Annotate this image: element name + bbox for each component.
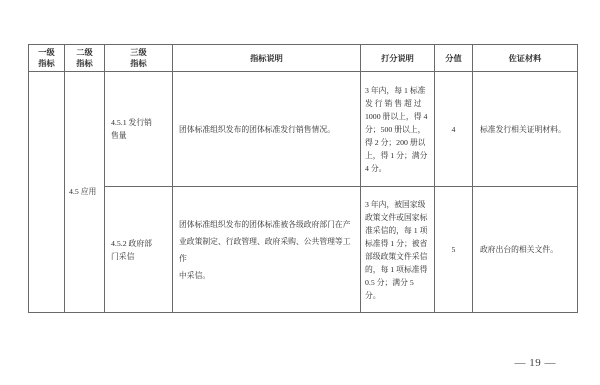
cell-description: 团体标准组织发布的团体标准被各级政府部门在产 业政策制定、行政管理、政府采购、公…: [173, 187, 361, 313]
cell-evidence: 标准发行相关证明材料。: [473, 72, 578, 187]
page-number: — 19 —: [515, 356, 557, 370]
cell-score: 5: [435, 187, 473, 313]
table-row: 4.5.2 政府部 门采信 团体标准组织发布的团体标准被各级政府部门在产 业政策…: [29, 187, 578, 313]
header-level1-indicator: 一级 指标: [29, 45, 65, 72]
cell-evidence: 政府出台的相关文件。: [473, 187, 578, 313]
header-level3-indicator: 三级 指标: [105, 45, 173, 72]
header-score-value: 分值: [435, 45, 473, 72]
cell-scoring: 3 年内，被国家级 政策文件或国家标 准采信的，每 1 项 标准得 1 分；被省…: [361, 187, 435, 313]
cell-score: 4: [435, 72, 473, 187]
cell-description: 团体标准组织发布的团体标准发行销售情况。: [173, 72, 361, 187]
header-scoring-description: 打分说明: [361, 45, 435, 72]
header-evidence-material: 佐证材料: [473, 45, 578, 72]
cell-level3: 4.5.1 发行销 售量: [105, 72, 173, 187]
cell-level1-merged: [29, 72, 65, 313]
document-page: 一级 指标 二级 指标 三级 指标 指标说明 打分说明 分值 佐证材料 4.5 …: [0, 0, 600, 385]
cell-level2-merged: 4.5 应用: [65, 72, 105, 313]
table-header-row: 一级 指标 二级 指标 三级 指标 指标说明 打分说明 分值 佐证材料: [29, 45, 578, 72]
header-indicator-description: 指标说明: [173, 45, 361, 72]
table-row: 4.5 应用 4.5.1 发行销 售量 团体标准组织发布的团体标准发行销售情况。…: [29, 72, 578, 187]
header-level2-indicator: 二级 指标: [65, 45, 105, 72]
indicator-table: 一级 指标 二级 指标 三级 指标 指标说明 打分说明 分值 佐证材料 4.5 …: [28, 44, 578, 313]
cell-scoring: 3 年内，每 1 标准 发 行 销 售 超 过 1000 册以上，得 4 分；5…: [361, 72, 435, 187]
cell-level3: 4.5.2 政府部 门采信: [105, 187, 173, 313]
